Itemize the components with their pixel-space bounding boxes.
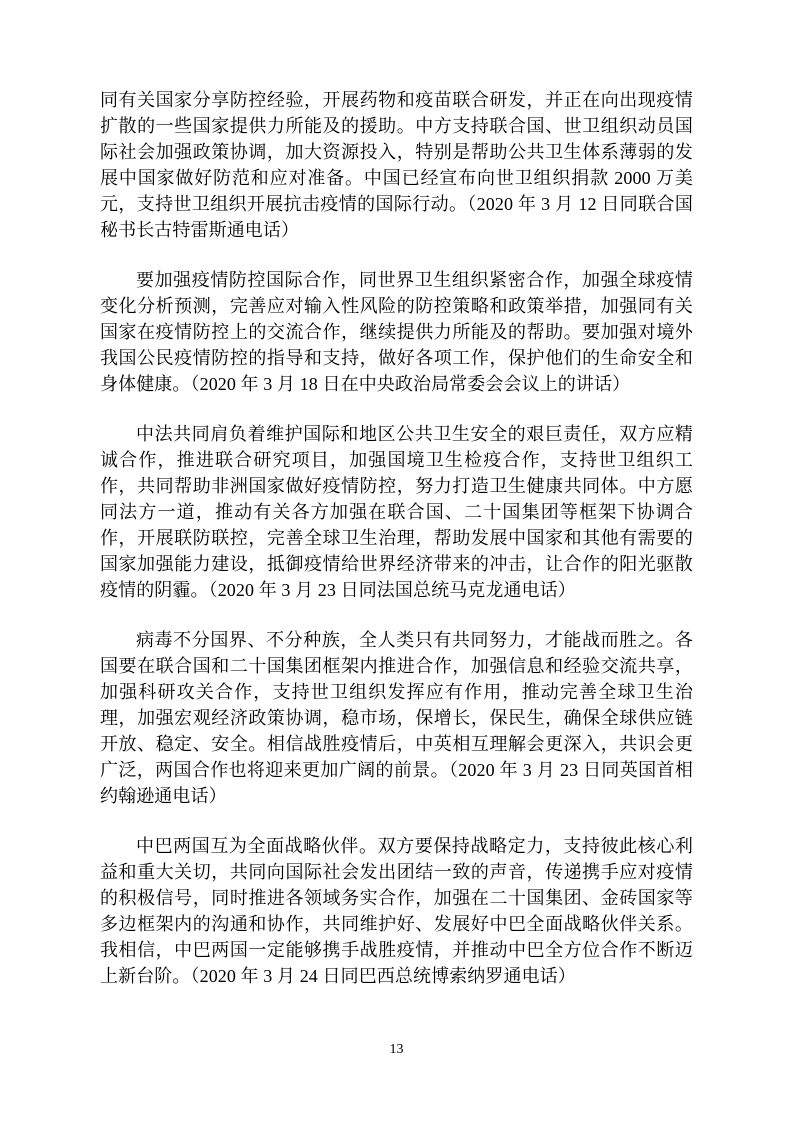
paragraph: 同有关国家分享防控经验，开展药物和疫苗联合研发，并正在向出现疫情扩散的一些国家提… bbox=[100, 87, 693, 243]
page-footer: 13 bbox=[0, 1040, 793, 1058]
paragraph: 要加强疫情防控国际合作，同世界卫生组织紧密合作，加强全球疫情变化分析预测，完善应… bbox=[100, 267, 693, 397]
document-page: 同有关国家分享防控经验，开展药物和疫苗联合研发，并正在向出现疫情扩散的一些国家提… bbox=[0, 0, 793, 1122]
paragraph: 中巴两国互为全面战略伙伴。双方要保持战略定力，支持彼此核心利益和重大关切，共同向… bbox=[100, 833, 693, 989]
page-number: 13 bbox=[390, 1042, 404, 1057]
paragraph: 中法共同肩负着维护国际和地区公共卫生安全的艰巨责任，双方应精诚合作，推进联合研究… bbox=[100, 421, 693, 603]
document-body: 同有关国家分享防控经验，开展药物和疫苗联合研发，并正在向出现疫情扩散的一些国家提… bbox=[100, 87, 693, 1013]
paragraph: 病毒不分国界、不分种族，全人类只有共同努力，才能战而胜之。各国要在联合国和二十国… bbox=[100, 627, 693, 809]
